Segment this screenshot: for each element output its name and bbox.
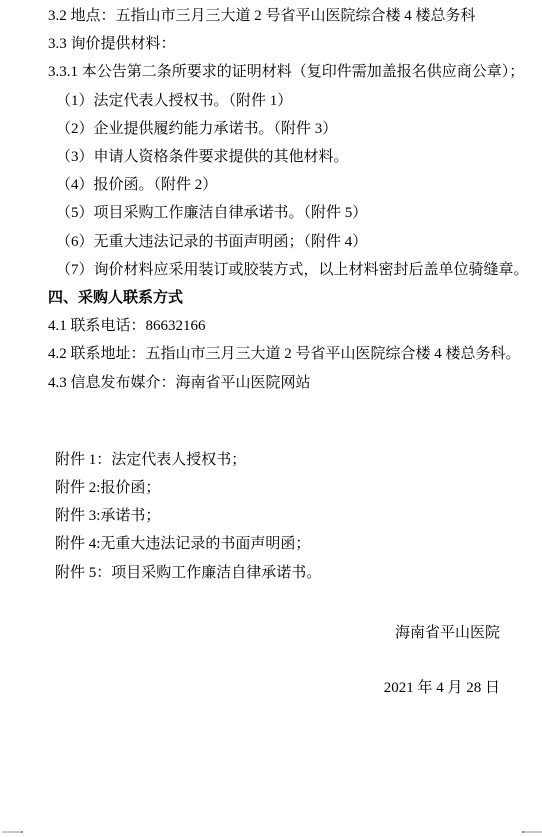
list-item-7: （7）询价材料应采用装订或胶装方式，以上材料密封后盖单位骑缝章。 — [0, 256, 542, 284]
attachment-line-3: 附件 3:承诺书； — [0, 502, 542, 530]
attachment-line-1: 附件 1：法定代表人授权书； — [0, 446, 542, 474]
line-3-2-location: 3.2 地点：五指山市三月三大道 2 号省平山医院综合楼 4 楼总务科 — [0, 2, 542, 30]
list-item-6: （6）无重大违法记录的书面声明函；（附件 4） — [0, 228, 542, 256]
list-item-2: （2）企业提供履约能力承诺书。（附件 3） — [0, 115, 542, 143]
list-item-5: （5）项目采购工作廉洁自律承诺书。（附件 5） — [0, 199, 542, 227]
line-3-3-1-proof-materials: 3.3.1 本公告第二条所要求的证明材料（复印件需加盖报名供应商公章）； — [0, 58, 542, 86]
line-4-2-address: 4.2 联系地址：五指山市三月三大道 2 号省平山医院综合楼 4 楼总务科。 — [0, 340, 542, 368]
attachments-list: 附件 1：法定代表人授权书； 附件 2:报价函； 附件 3:承诺书； 附件 4:… — [0, 446, 542, 587]
document-page: 3.2 地点：五指山市三月三大道 2 号省平山医院综合楼 4 楼总务科 3.3 … — [0, 0, 542, 837]
list-item-1: （1）法定代表人授权书。（附件 1） — [0, 87, 542, 115]
list-item-3: （3）申请人资格条件要求提供的其他材料。 — [0, 143, 542, 171]
line-4-1-phone: 4.1 联系电话：86632166 — [0, 312, 542, 340]
page-edge-left — [2, 831, 23, 833]
line-4-3-media: 4.3 信息发布媒介：海南省平山医院网站 — [0, 369, 542, 397]
date-line: 2021 年 4 月 28 日 — [0, 674, 542, 702]
attachment-line-4: 附件 4:无重大违法记录的书面声明函； — [0, 530, 542, 558]
attachment-line-5: 附件 5：项目采购工作廉洁自律承诺书。 — [0, 559, 542, 587]
list-item-4: （4）报价函。（附件 2） — [0, 171, 542, 199]
line-3-3-materials-heading: 3.3 询价提供材料： — [0, 30, 542, 58]
section-4-heading: 四、采购人联系方式 — [0, 284, 542, 312]
attachment-line-2: 附件 2:报价函； — [0, 474, 542, 502]
page-edge-right — [522, 831, 542, 833]
signature: 海南省平山医院 — [0, 619, 542, 647]
